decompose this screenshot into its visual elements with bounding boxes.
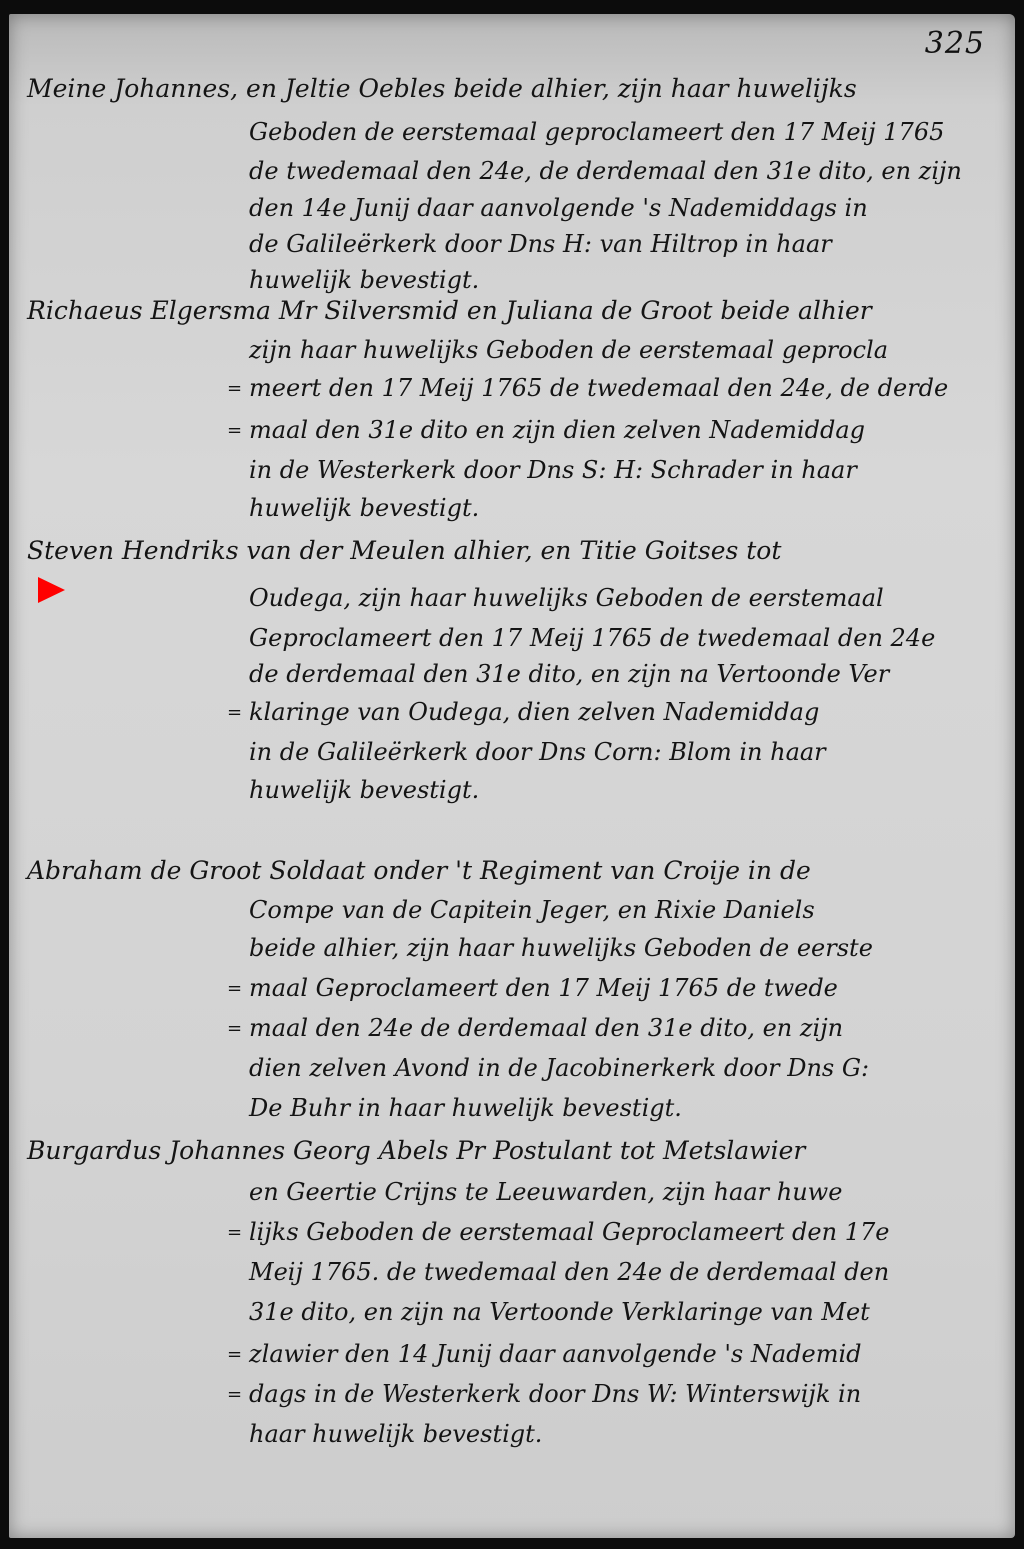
entry-line: Geboden de eerstemaal geproclameert den … — [249, 120, 944, 144]
entry-line: maal Geproclameert den 17 Meij 1765 de t… — [249, 976, 838, 1000]
entry-line: maal den 24e de derdemaal den 31e dito, … — [249, 1016, 843, 1040]
entry-line: Meij 1765. de twedemaal den 24e de derde… — [249, 1260, 889, 1284]
entry-line: dags in de Westerkerk door Dns W: Winter… — [249, 1382, 861, 1406]
entry-line: dien zelven Avond in de Jacobinerkerk do… — [249, 1056, 869, 1080]
entry-line: Oudega, zijn haar huwelijks Geboden de e… — [249, 586, 884, 610]
entry-line: De Buhr in haar huwelijk bevestigt. — [249, 1096, 682, 1120]
entry-line: de derdemaal den 31e dito, en zijn na Ve… — [249, 662, 889, 686]
entry-line: haar huwelijk bevestigt. — [249, 1422, 542, 1446]
entry-line: Abraham de Groot Soldaat onder 't Regime… — [27, 858, 811, 883]
entry-line: den 14e Junij daar aanvolgende 's Nademi… — [249, 196, 868, 220]
entry-line: meert den 17 Meij 1765 de twedemaal den … — [249, 376, 948, 400]
entry-line: in de Westerkerk door Dns S: H: Schrader… — [249, 458, 857, 482]
entry-line: huwelijk bevestigt. — [249, 268, 479, 292]
entry-line: Compe van de Capitein Jeger, en Rixie Da… — [249, 898, 815, 922]
entry-line: Meine Johannes, en Jeltie Oebles beide a… — [27, 76, 857, 101]
page-number: 325 — [925, 26, 985, 61]
entry-line: beide alhier, zijn haar huwelijks Gebode… — [249, 936, 873, 960]
entry-line: Steven Hendriks van der Meulen alhier, e… — [27, 538, 781, 563]
entry-line: de Galileërkerk door Dns H: van Hiltrop … — [249, 232, 832, 256]
entry-line: 31e dito, en zijn na Vertoonde Verklarin… — [249, 1300, 870, 1324]
entry-line: en Geertie Crijns te Leeuwarden, zijn ha… — [249, 1180, 842, 1204]
register-page: 325 Meine Johannes, en Jeltie Oebles bei… — [9, 14, 1015, 1538]
entry-line: de twedemaal den 24e, de derdemaal den 3… — [249, 159, 962, 183]
entry-line: klaringe van Oudega, dien zelven Nademid… — [249, 700, 819, 724]
entry-line: zlawier den 14 Junij daar aanvolgende 's… — [249, 1342, 862, 1366]
entry-line: huwelijk bevestigt. — [249, 496, 479, 520]
entry-line: huwelijk bevestigt. — [249, 778, 479, 802]
entry-line: Richaeus Elgersma Mr Silversmid en Julia… — [27, 298, 872, 323]
entry-line: maal den 31e dito en zijn dien zelven Na… — [249, 418, 865, 442]
entry-line: Burgardus Johannes Georg Abels Pr Postul… — [27, 1138, 805, 1163]
entry-line: Geproclameert den 17 Meij 1765 de twedem… — [249, 626, 935, 650]
red-triangle-pointer-icon — [38, 577, 65, 603]
entry-line: zijn haar huwelijks Geboden de eerstemaa… — [249, 338, 888, 362]
entry-line: lijks Geboden de eerstemaal Geproclameer… — [249, 1220, 889, 1244]
entry-line: in de Galileërkerk door Dns Corn: Blom i… — [249, 740, 826, 764]
